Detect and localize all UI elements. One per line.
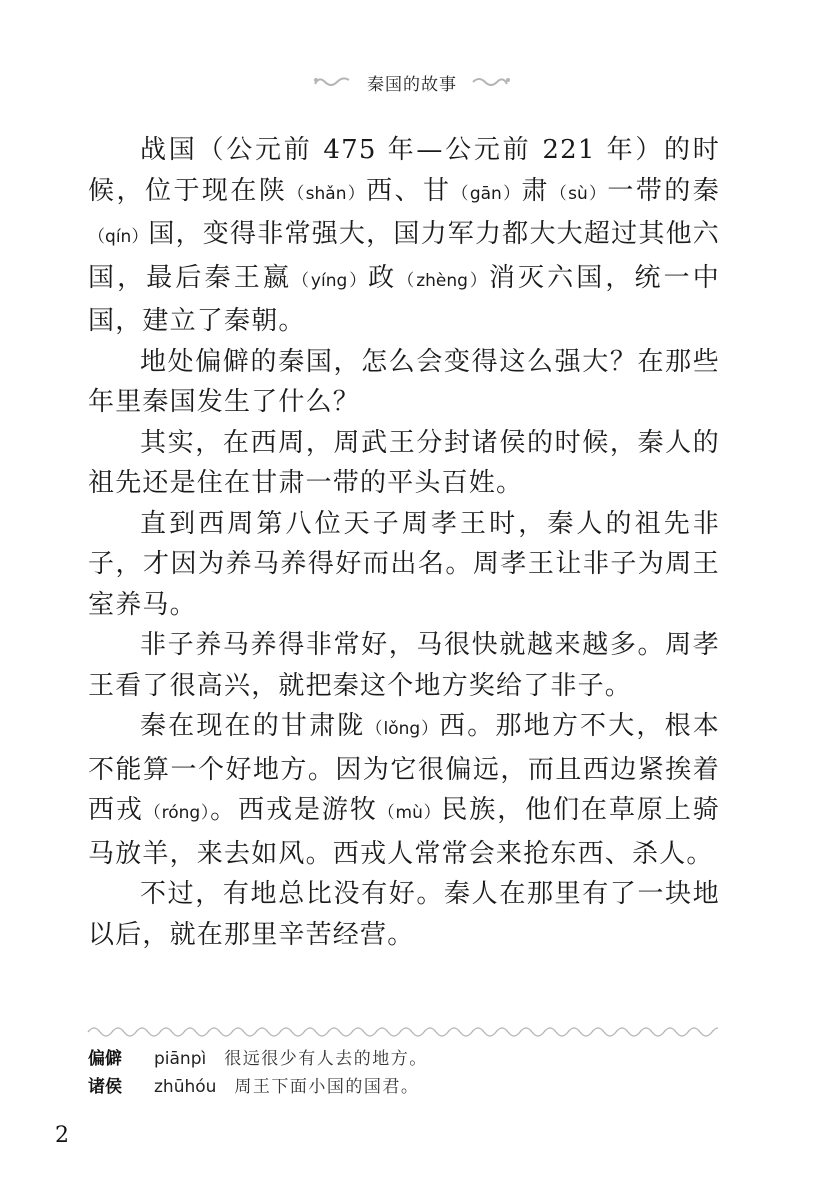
paragraph: 战国（公元前 475 年—公元前 221 年）的时候，位于现在陕（shǎn）西、… xyxy=(88,130,720,342)
ornamental-divider xyxy=(86,1024,718,1040)
glossary-definition: 很远很少有人去的地方。 xyxy=(224,1045,428,1073)
header-title: 秦国的故事 xyxy=(367,70,457,95)
swirl-ornament-right-icon xyxy=(469,72,513,92)
paragraph: 直到西周第八位天子周孝王时，秦人的祖先非子，才因为养马养得好而出名。周孝王让非子… xyxy=(88,504,720,626)
pinyin-annotation: （shǎn） xyxy=(287,184,366,204)
page-number: 2 xyxy=(55,1123,69,1148)
swirl-ornament-left-icon xyxy=(311,72,355,92)
paragraph: 非子养马养得非常好，马很快就越来越多。周孝王看了很高兴，就把秦这个地方奖给了非子… xyxy=(88,625,720,706)
story-body: 战国（公元前 475 年—公元前 221 年）的时候，位于现在陕（shǎn）西、… xyxy=(88,130,720,955)
pinyin-annotation: （gān） xyxy=(452,184,522,204)
paragraph-text: 一带的秦 xyxy=(607,176,720,206)
glossary-term: 偏僻 xyxy=(88,1045,154,1073)
paragraph: 其实，在西周，周武王分封诸侯的时候，秦人的祖先还是住在甘肃一带的平头百姓。 xyxy=(88,423,720,504)
pinyin-annotation: （róng） xyxy=(144,803,210,823)
paragraph-text: 其实，在西周，周武王分封诸侯的时候，秦人的祖先还是住在甘肃一带的平头百姓。 xyxy=(88,428,720,499)
pinyin-annotation: （zhèng） xyxy=(397,271,489,291)
pinyin-annotation: （lǒng） xyxy=(365,719,439,739)
glossary-term: 诸侯 xyxy=(88,1073,154,1101)
glossary-entry: 诸侯zhūhóu周王下面小国的国君。 xyxy=(88,1073,720,1101)
paragraph: 地处偏僻的秦国，怎么会变得这么强大？在那些年里秦国发生了什么？ xyxy=(88,342,720,423)
paragraph-text: 。西戎是游牧 xyxy=(210,795,378,825)
glossary-entry: 偏僻piānpì很远很少有人去的地方。 xyxy=(88,1045,720,1073)
paragraph-text: 直到西周第八位天子周孝王时，秦人的祖先非子，才因为养马养得好而出名。周孝王让非子… xyxy=(88,509,720,620)
glossary-pinyin: zhūhóu xyxy=(154,1073,216,1101)
running-header: 秦国的故事 xyxy=(0,64,824,100)
paragraph-text: 西、甘 xyxy=(366,176,451,206)
paragraph: 不过，有地总比没有好。秦人在那里有了一块地以后，就在那里辛苦经营。 xyxy=(88,874,720,955)
paragraph-text: 秦在现在的甘肃陇 xyxy=(140,711,365,741)
glossary: 偏僻piānpì很远很少有人去的地方。诸侯zhūhóu周王下面小国的国君。 xyxy=(88,1045,720,1101)
paragraph-text: 政 xyxy=(368,263,397,293)
paragraph-text: 地处偏僻的秦国，怎么会变得这么强大？在那些年里秦国发生了什么？ xyxy=(88,347,720,418)
glossary-pinyin: piānpì xyxy=(154,1045,206,1073)
pinyin-annotation: （mù） xyxy=(378,803,442,823)
pinyin-annotation: （yíng） xyxy=(292,271,368,291)
paragraph: 秦在现在的甘肃陇（lǒng）西。那地方不大，根本不能算一个好地方。因为它很偏远，… xyxy=(88,706,720,874)
paragraph-text: 非子养马养得非常好，马很快就越来越多。周孝王看了很高兴，就把秦这个地方奖给了非子… xyxy=(88,630,720,701)
glossary-definition: 周王下面小国的国君。 xyxy=(234,1073,419,1101)
paragraph-text: 不过，有地总比没有好。秦人在那里有了一块地以后，就在那里辛苦经营。 xyxy=(88,879,720,950)
paragraph-text: 肃 xyxy=(521,176,549,206)
pinyin-annotation: （qín） xyxy=(88,227,148,247)
pinyin-annotation: （sù） xyxy=(550,184,607,204)
